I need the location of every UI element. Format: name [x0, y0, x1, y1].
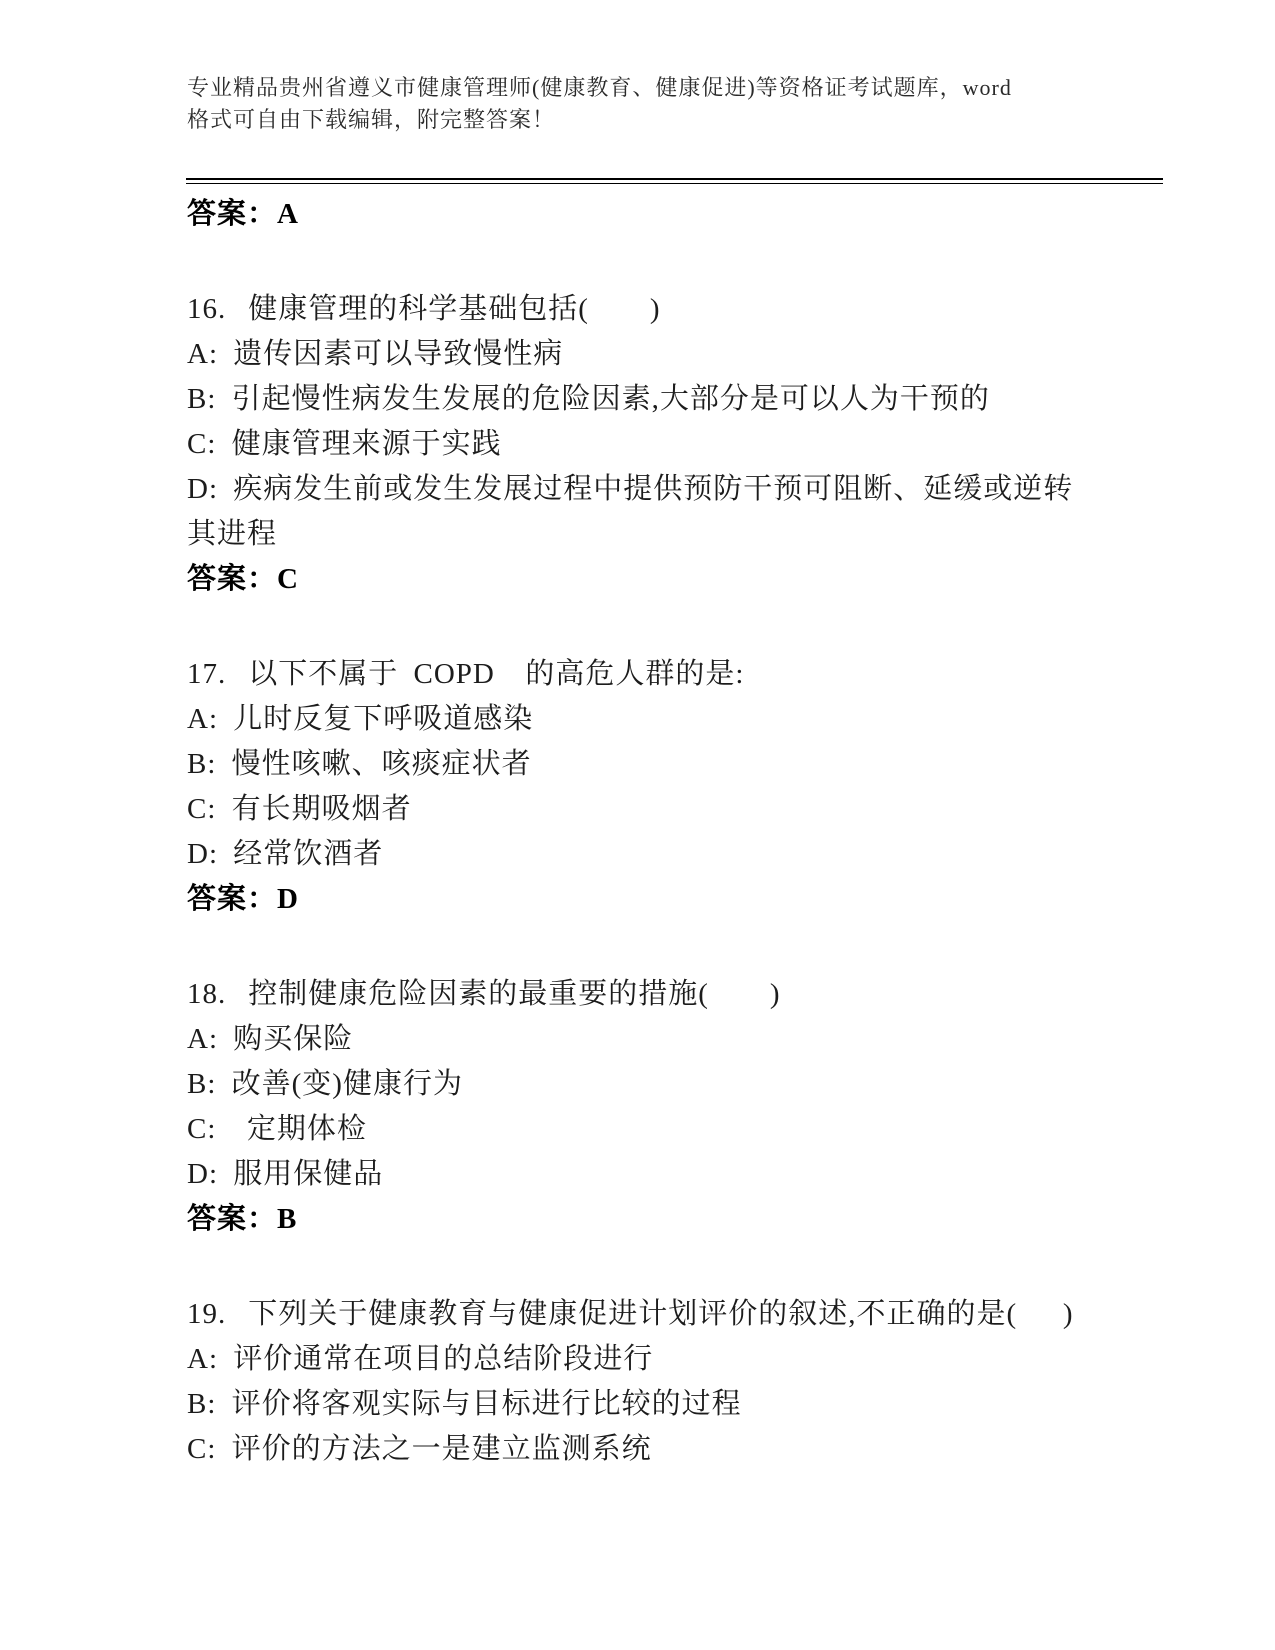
document-page: 专业精品贵州省遵义市健康管理师(健康教育、健康促进)等资格证考试题库，word … [0, 0, 1275, 1650]
answer-line: 答案：B [187, 1197, 1095, 1242]
question-number: 16. [187, 287, 226, 332]
header-text-line: 专业精品贵州省遵义市健康管理师(健康教育、健康促进)等资格证考试题库，word [187, 72, 1137, 104]
option-c: C: 定期体检 [187, 1107, 1095, 1152]
question-text: 下列关于健康教育与健康促进计划评价的叙述,不正确的是( ) [248, 1298, 1073, 1330]
option-c: C: 评价的方法之一是建立监测系统 [187, 1427, 1095, 1472]
option-b: B: 慢性咳嗽、咳痰症状者 [187, 742, 1095, 787]
document-body: 答案：A 16.健康管理的科学基础包括( ) A: 遗传因素可以导致慢性病 B:… [187, 192, 1095, 1472]
option-d: D: 疾病发生前或发生发展过程中提供预防干预可阻断、延缓或逆转其进程 [187, 467, 1095, 557]
option-a: A: 购买保险 [187, 1017, 1095, 1062]
question-text: 以下不属于 COPD 的高危人群的是: [248, 658, 744, 690]
option-a: A: 评价通常在项目的总结阶段进行 [187, 1337, 1095, 1382]
option-c: C: 健康管理来源于实践 [187, 422, 1095, 467]
option-c: C: 有长期吸烟者 [187, 787, 1095, 832]
answer-line: 答案：C [187, 557, 1095, 602]
header-text-line: 格式可自由下载编辑，附完整答案！ [187, 104, 1137, 136]
answer-line: 答案：D [187, 877, 1095, 922]
question-number: 18. [187, 972, 226, 1017]
question-text: 控制健康危险因素的最重要的措施( ) [248, 978, 780, 1010]
question-19: 19.下列关于健康教育与健康促进计划评价的叙述,不正确的是( ) A: 评价通常… [187, 1292, 1095, 1472]
option-d: D: 服用保健品 [187, 1152, 1095, 1197]
question-title: 17.以下不属于 COPD 的高危人群的是: [187, 652, 1095, 697]
question-18: 18.控制健康危险因素的最重要的措施( ) A: 购买保险 B: 改善(变)健康… [187, 972, 1095, 1242]
question-number: 19. [187, 1292, 226, 1337]
question-title: 18.控制健康危险因素的最重要的措施( ) [187, 972, 1095, 1017]
header-divider [186, 178, 1163, 184]
option-b: B: 引起慢性病发生发展的危险因素,大部分是可以人为干预的 [187, 377, 1095, 422]
question-title: 16.健康管理的科学基础包括( ) [187, 287, 1095, 332]
option-d: D: 经常饮酒者 [187, 832, 1095, 877]
option-b: B: 评价将客观实际与目标进行比较的过程 [187, 1382, 1095, 1427]
question-17: 17.以下不属于 COPD 的高危人群的是: A: 儿时反复下呼吸道感染 B: … [187, 652, 1095, 922]
question-text: 健康管理的科学基础包括( ) [248, 293, 660, 325]
option-a: A: 儿时反复下呼吸道感染 [187, 697, 1095, 742]
option-a: A: 遗传因素可以导致慢性病 [187, 332, 1095, 377]
question-number: 17. [187, 652, 226, 697]
page-header: 专业精品贵州省遵义市健康管理师(健康教育、健康促进)等资格证考试题库，word … [187, 72, 1137, 136]
question-title: 19.下列关于健康教育与健康促进计划评价的叙述,不正确的是( ) [187, 1292, 1095, 1337]
question-16: 16.健康管理的科学基础包括( ) A: 遗传因素可以导致慢性病 B: 引起慢性… [187, 287, 1095, 602]
option-b: B: 改善(变)健康行为 [187, 1062, 1095, 1107]
answer-line-previous-question: 答案：A [187, 192, 1095, 237]
